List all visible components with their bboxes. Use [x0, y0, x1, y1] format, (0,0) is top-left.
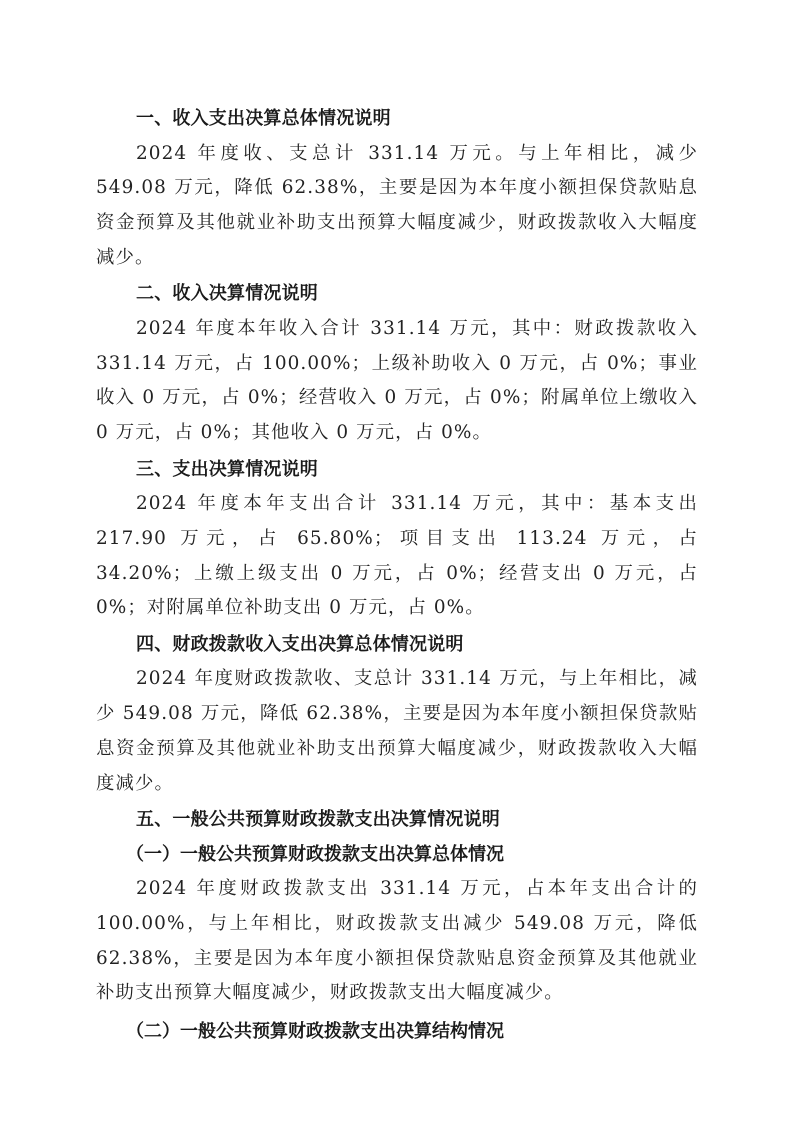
subsection-paragraph: 2024 年度财政拨款支出 331.14 万元，占本年支出合计的 100.00%… — [96, 872, 698, 1011]
section-fiscal-appropriation-overall: 四、财政拨款收入支出决算总体情况说明 2024 年度财政拨款收、支总计 331.… — [96, 628, 698, 801]
subsection-heading: （二）一般公共预算财政拨款支出决算结构情况 — [96, 1015, 698, 1050]
subsection-overall: （一）一般公共预算财政拨款支出决算总体情况 2024 年度财政拨款支出 331.… — [96, 838, 698, 1011]
section-paragraph: 2024 年度财政拨款收、支总计 331.14 万元，与上年相比，减少 549.… — [96, 662, 698, 801]
section-overall-income-expenditure: 一、收入支出决算总体情况说明 2024 年度收、支总计 331.14 万元。与上… — [96, 102, 698, 275]
section-paragraph: 2024 年度收、支总计 331.14 万元。与上年相比，减少 549.08 万… — [96, 137, 698, 276]
section-heading: 一、收入支出决算总体情况说明 — [96, 102, 698, 137]
section-heading: 四、财政拨款收入支出决算总体情况说明 — [96, 628, 698, 663]
section-heading: 三、支出决算情况说明 — [96, 453, 698, 488]
section-expenditure: 三、支出决算情况说明 2024 年度本年支出合计 331.14 万元，其中：基本… — [96, 453, 698, 626]
section-paragraph: 2024 年度本年支出合计 331.14 万元，其中：基本支出 217.90 万… — [96, 487, 698, 626]
section-paragraph: 2024 年度本年收入合计 331.14 万元，其中：财政拨款收入 331.14… — [96, 312, 698, 451]
section-heading: 五、一般公共预算财政拨款支出决算情况说明 — [96, 803, 698, 838]
section-heading: 二、收入决算情况说明 — [96, 277, 698, 312]
subsection-heading: （一）一般公共预算财政拨款支出决算总体情况 — [96, 838, 698, 873]
section-general-public-budget: 五、一般公共预算财政拨款支出决算情况说明 （一）一般公共预算财政拨款支出决算总体… — [96, 803, 698, 1049]
section-income: 二、收入决算情况说明 2024 年度本年收入合计 331.14 万元，其中：财政… — [96, 277, 698, 450]
subsection-structure: （二）一般公共预算财政拨款支出决算结构情况 — [96, 1015, 698, 1050]
document-page: 一、收入支出决算总体情况说明 2024 年度收、支总计 331.14 万元。与上… — [96, 102, 698, 1050]
